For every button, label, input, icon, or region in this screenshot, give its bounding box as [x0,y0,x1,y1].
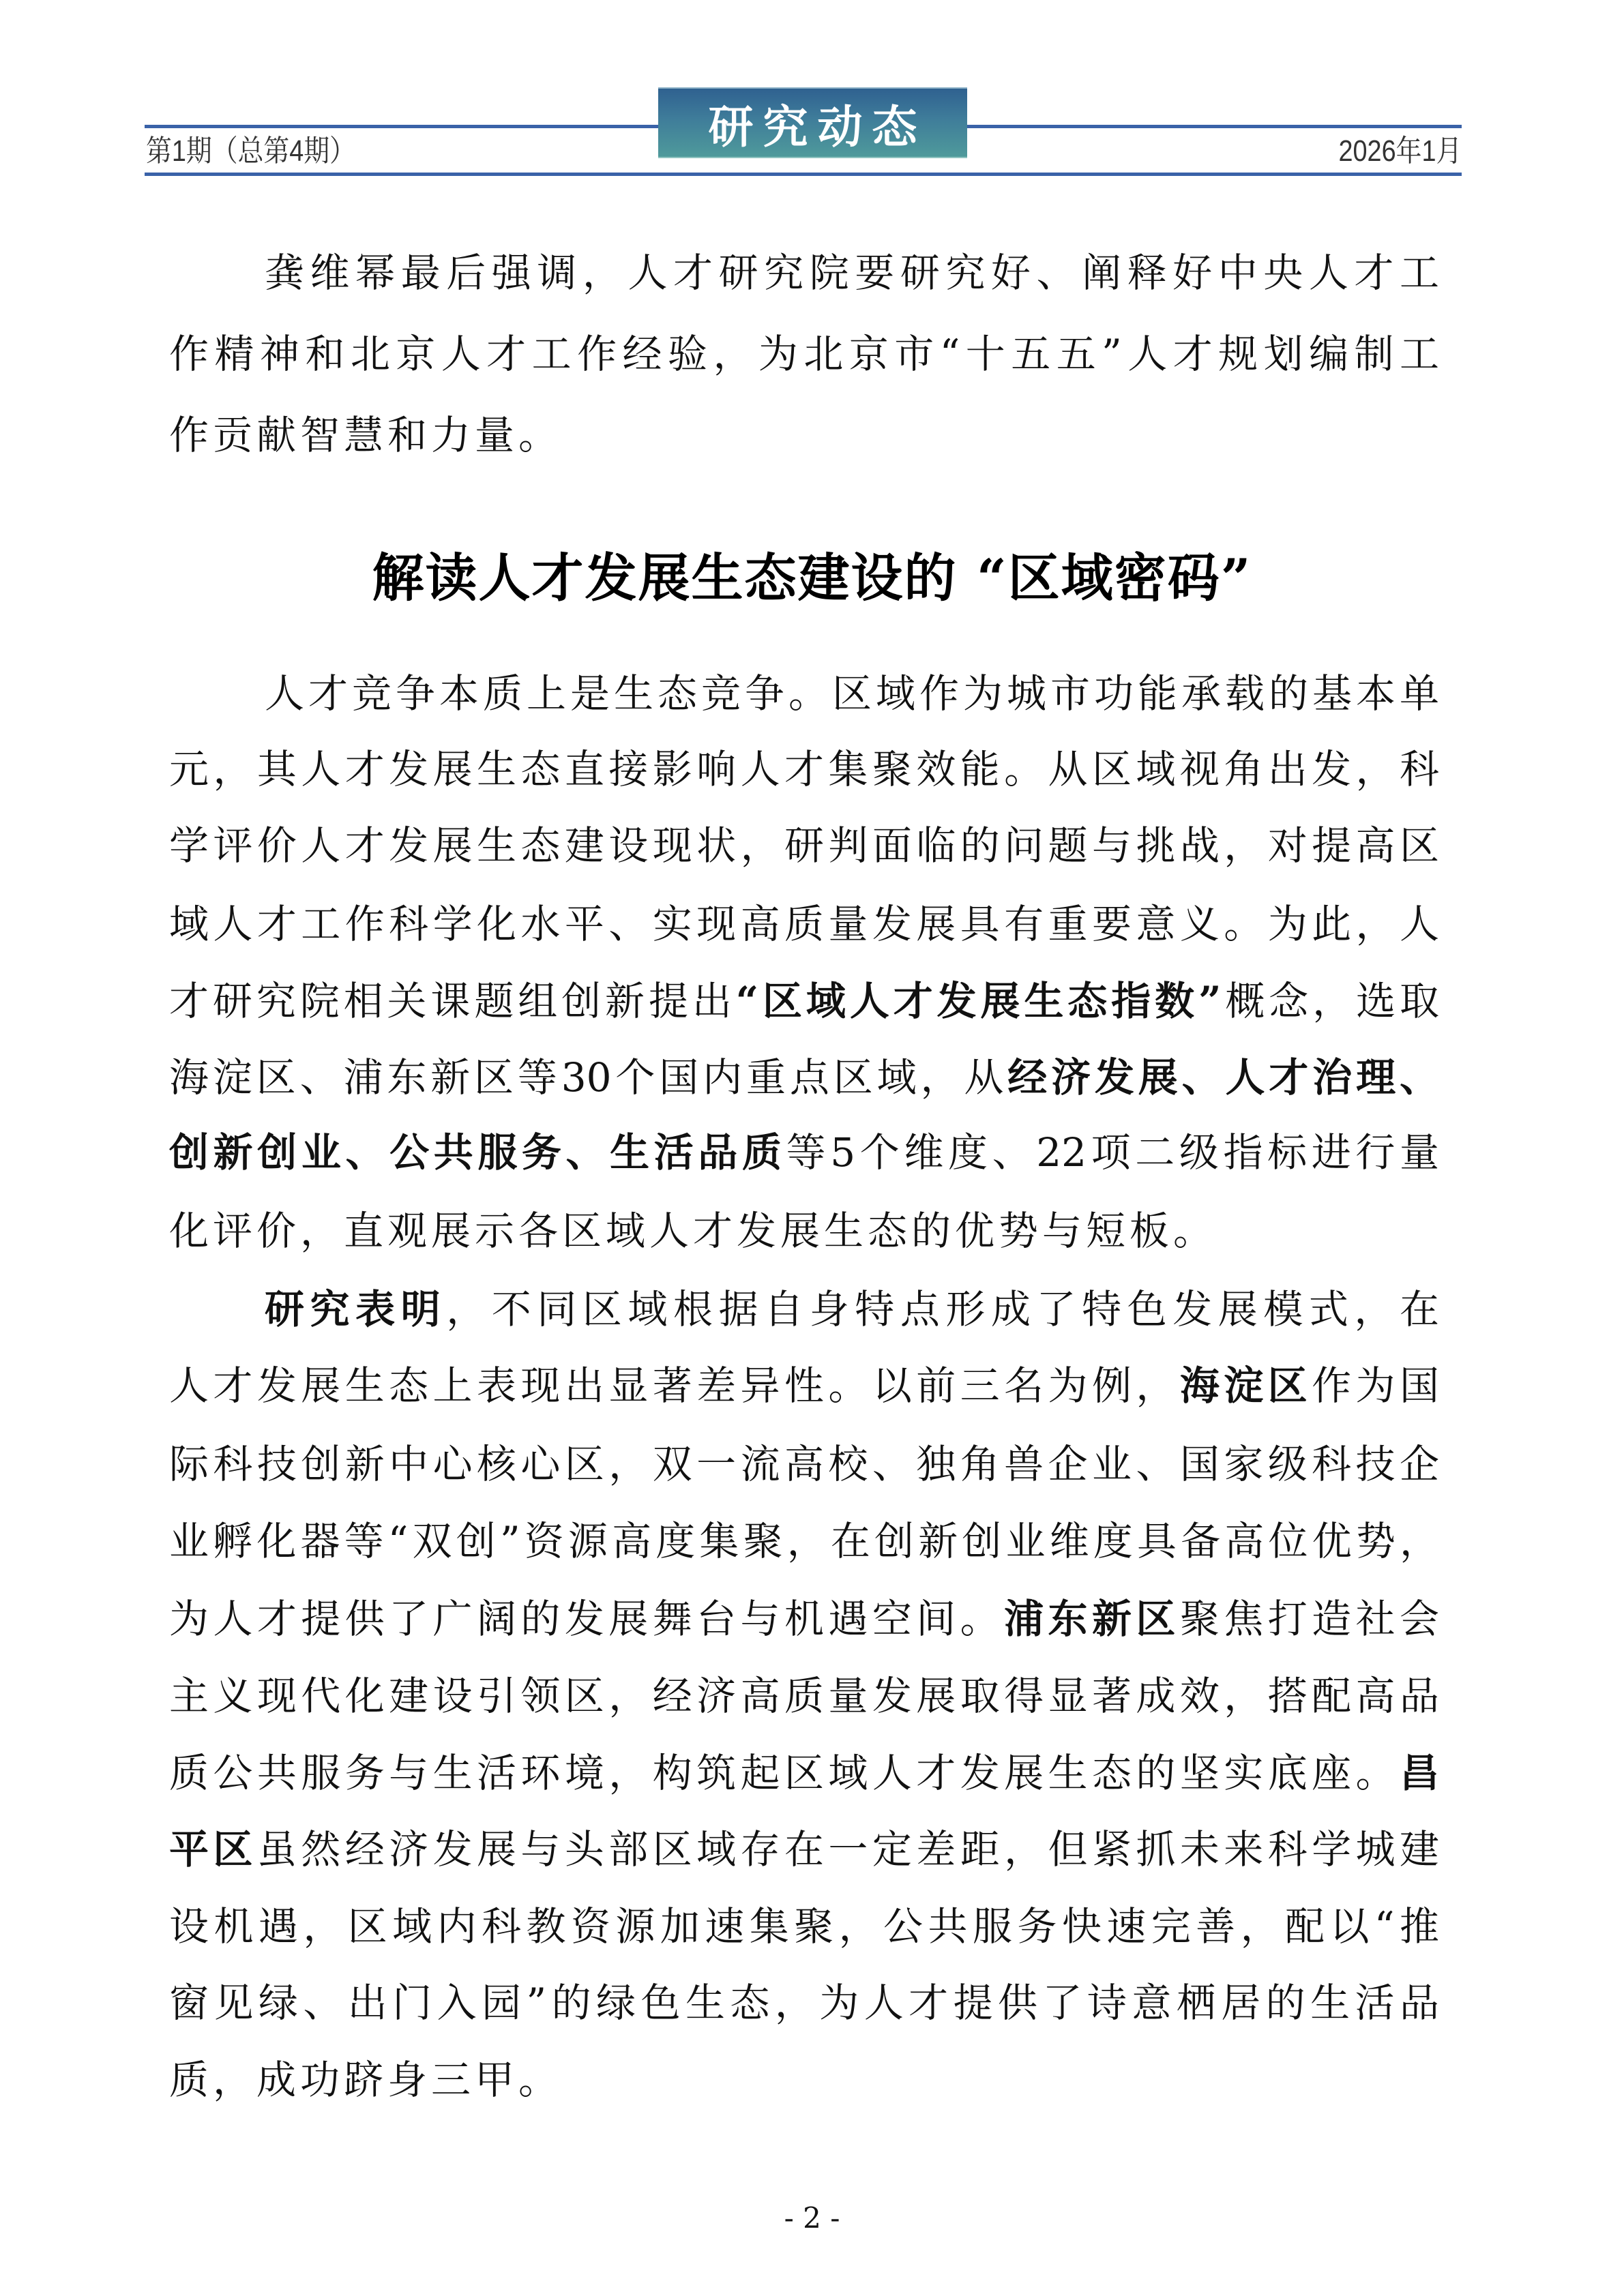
issue-date: 2026年1月 [1338,134,1462,169]
page-number: - 2 - [0,2201,1624,2235]
paragraph-line: 窗见绿、出门入园”的绿色生态，为人才提供了诗意栖居的生活品 [169,1979,1439,2027]
intro-line: 作精神和北京人才工作经验，为北京市“十五五”人才规划编制工 [169,330,1439,378]
paragraph-line: 业孵化器等“双创”资源高度集聚，在创新创业维度具备高位优势， [169,1517,1439,1565]
paragraph-line: 人才发展生态上表现出显著差异性。以前三名为例，海淀区作为国 [169,1362,1439,1410]
article-title: 解读人才发展生态建设的 “区域密码” [0,550,1624,607]
paragraph-line: 研究表明，不同区域根据自身特点形成了特色发展模式，在 [265,1285,1439,1333]
bold-term: 创新创业、公共服务、生活品质 [169,1129,786,1176]
paragraph-line: 主义现代化建设引领区，经济高质量发展取得显著成效，搭配高品 [169,1672,1439,1720]
bold-term: 海淀区 [1180,1362,1312,1409]
intro-line: 作贡献智慧和力量。 [169,411,1439,459]
paragraph-line: 质公共服务与生活环境，构筑起区域人才发展生态的坚实底座。昌 [169,1749,1439,1797]
bold-term: “区域人才发展生态指数” [736,978,1222,1024]
paragraph-line: 创新创业、公共服务、生活品质等5个维度、22项二级指标进行量 [169,1129,1439,1176]
section-banner-title: 研究动态 [699,91,927,155]
issue-number: 第1期（总第4期） [146,134,355,169]
paragraph-line: 际科技创新中心核心区，双一流高校、独角兽企业、国家级科技企 [169,1440,1439,1488]
paragraph-line: 平区虽然经济发展与头部区域存在一定差距，但紧抓未来科学城建 [169,1825,1439,1873]
paragraph-line: 设机遇，区域内科教资源加速集聚，公共服务快速完善，配以“推 [169,1903,1439,1950]
bold-term: 研究表明 [265,1286,446,1332]
paragraph-line: 学评价人才发展生态建设现状，研判面临的问题与挑战，对提高区 [169,822,1439,869]
header-rule-bottom [145,173,1462,176]
bold-term: 平区 [169,1826,257,1873]
intro-line: 龚维幂最后强调，人才研究院要研究好、阐释好中央人才工 [265,249,1439,297]
paragraph-line: 化评价，直观展示各区域人才发展生态的优势与短板。 [169,1207,1439,1255]
bold-term: 浦东新区 [1004,1596,1180,1642]
paragraph-line: 元，其人才发展生态直接影响人才集聚效能。从区域视角出发，科 [169,745,1439,793]
section-banner: 研究动态 [658,87,967,158]
paragraph-line: 为人才提供了广阔的发展舞台与机遇空间。浦东新区聚焦打造社会 [169,1595,1439,1643]
bold-term: 经济发展、人才治理、 [1007,1054,1439,1101]
paragraph-line: 海淀区、浦东新区等30个国内重点区域，从经济发展、人才治理、 [169,1054,1439,1101]
paragraph-line: 才研究院相关课题组创新提出“区域人才发展生态指数”概念，选取 [169,977,1439,1025]
paragraph-line: 域人才工作科学化水平、实现高质量发展具有重要意义。为此，人 [169,900,1439,948]
bold-term: 昌 [1400,1750,1439,1796]
paragraph-line: 人才竞争本质上是生态竞争。区域作为城市功能承载的基本单 [265,670,1439,717]
paragraph-line: 质，成功跻身三甲。 [169,2056,1439,2104]
